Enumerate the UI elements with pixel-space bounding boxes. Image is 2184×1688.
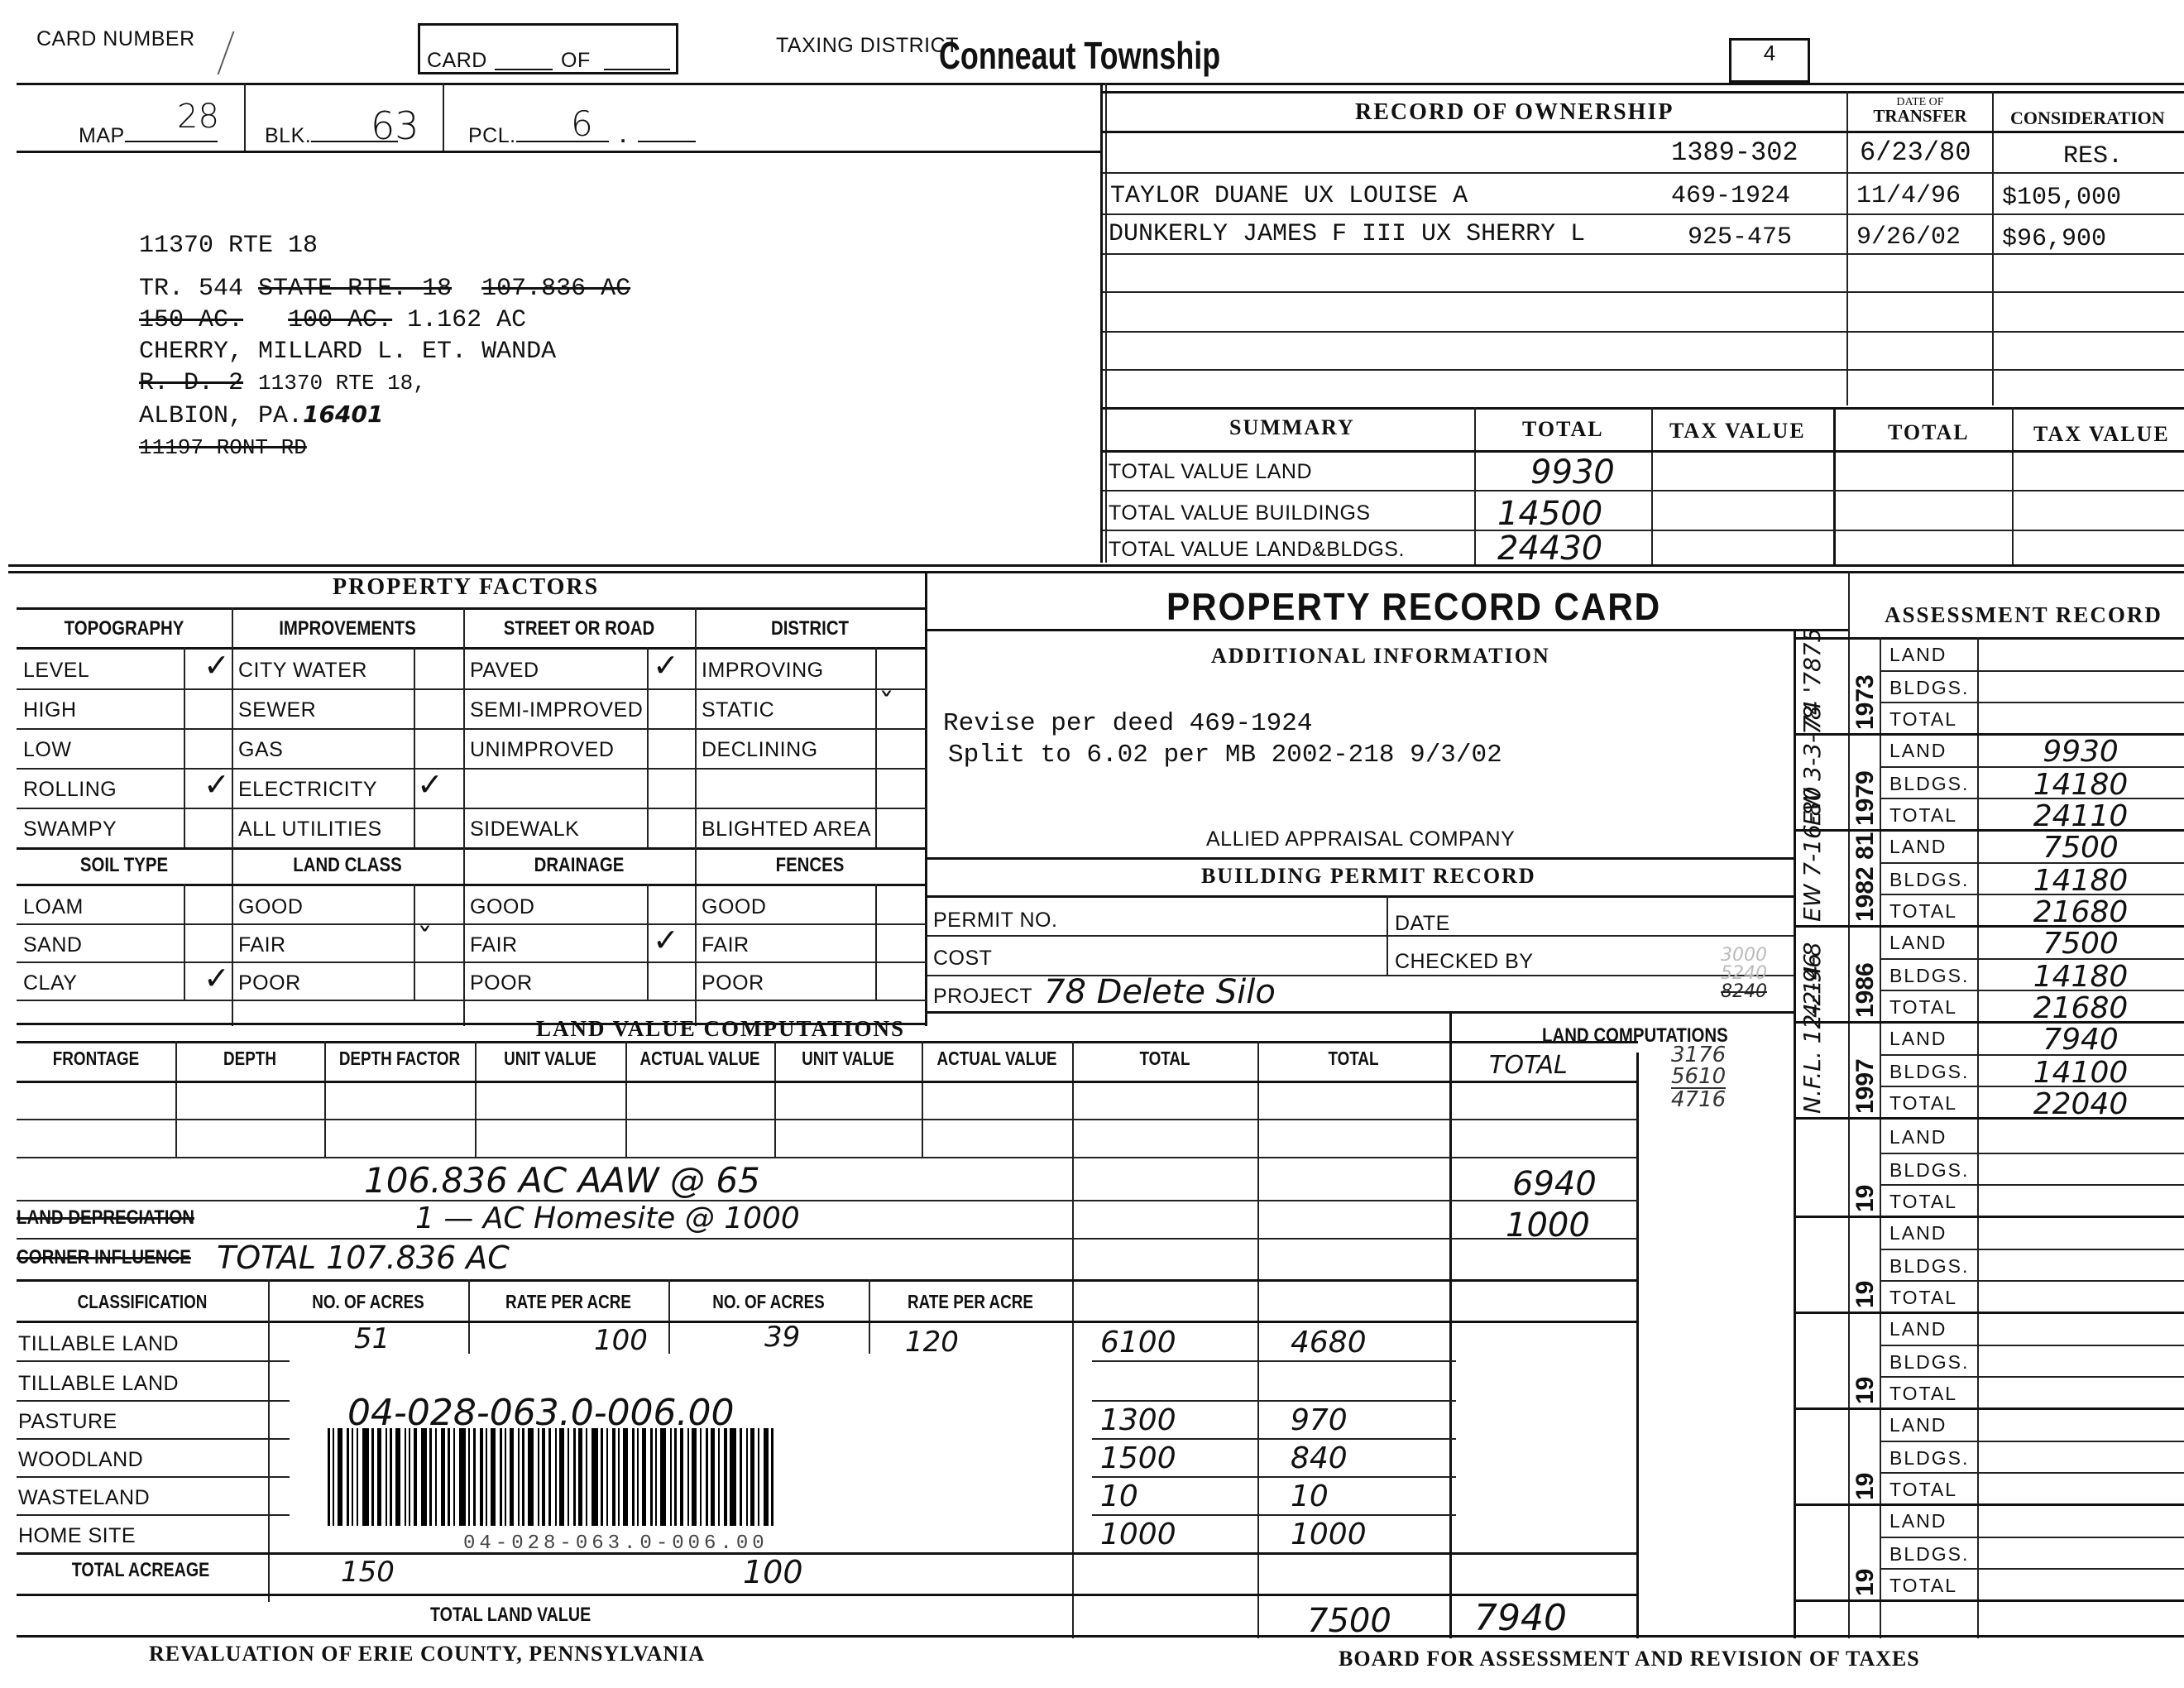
- assessment-year: 19: [1851, 1123, 1880, 1212]
- checked-by-label: CHECKED BY: [1395, 950, 1534, 974]
- city-state: ALBION, PA.: [139, 402, 303, 430]
- factor-checkbox[interactable]: ✓: [204, 960, 230, 996]
- divider: [1833, 407, 1836, 566]
- land-value-column-header: ACTUAL VALUE: [639, 1048, 761, 1070]
- assessment-row-label: TOTAL: [1889, 1479, 1957, 1501]
- divider: [927, 1011, 1795, 1014]
- permit-no-label: PERMIT NO.: [933, 909, 1057, 933]
- divider: [1092, 1400, 1456, 1402]
- card-number-label: CARD NUMBER: [36, 28, 144, 50]
- ownership-title: RECORD OF OWNERSHIP: [1355, 99, 1674, 126]
- tillable-rate-2: 120: [905, 1326, 959, 1359]
- divider: [443, 83, 444, 151]
- card-of-of-label: OF: [561, 49, 591, 73]
- divider: [17, 1321, 1638, 1323]
- property-record-card-title: PROPERTY RECORD CARD: [1166, 584, 1661, 629]
- factor-checkbox[interactable]: ✓: [204, 647, 230, 683]
- land-calc-value-1: 6940: [1512, 1165, 1597, 1203]
- divider: [1103, 213, 2184, 215]
- classification-total-2: 840: [1291, 1441, 1348, 1475]
- summary-land-total: 9930: [1530, 453, 1615, 492]
- additional-info-body: Revise per deed 469-1924 Split to 6.02 p…: [943, 708, 1502, 771]
- assessment-bldgs-value: 14180: [1994, 960, 2167, 994]
- assessment-row-label: BLDGS.: [1889, 1351, 1969, 1374]
- factor-checkbox[interactable]: ˇ: [417, 922, 433, 958]
- divider: [1794, 629, 1796, 1638]
- assessment-bldgs-value: 14100: [1994, 1056, 2167, 1090]
- printed-parcel-id: 04-028-063.0-006.00: [463, 1532, 769, 1555]
- divider: [17, 1594, 1638, 1596]
- assessment-row-label: BLDGS.: [1889, 1255, 1969, 1278]
- divider: [17, 1157, 1638, 1158]
- factor-header: LAND CLASS: [249, 854, 446, 877]
- divider: [1795, 1599, 2184, 1602]
- assessment-row-label: BLDGS.: [1889, 773, 1969, 795]
- map-label-text: MAP: [79, 124, 125, 147]
- deed-book-page: 925-475: [1688, 223, 1792, 252]
- transfer-label: TRANSFER: [1853, 109, 1987, 122]
- assessment-row-label: TOTAL: [1889, 1287, 1957, 1309]
- assessment-year: 19: [1851, 1507, 1880, 1596]
- land-calc-line-2: 1 — AC Homesite @ 1000: [415, 1201, 800, 1235]
- factor-option: CLAY: [23, 971, 77, 995]
- divider: [17, 1081, 1638, 1083]
- factor-option: GOOD: [238, 895, 303, 919]
- assessment-row-label: LAND: [1889, 932, 1947, 954]
- assessment-bldgs-value: 14180: [1994, 768, 2167, 802]
- assessment-year: 1979: [1851, 736, 1880, 826]
- land-value-column-header: DEPTH FACTOR: [338, 1048, 461, 1070]
- owner-address-block: 11370 RTE 18 TR. 544 STATE RTE. 18 107.8…: [139, 230, 630, 463]
- divider: [1880, 1472, 2184, 1474]
- consideration-header: CONSIDERATION: [2010, 108, 2165, 129]
- classification-column-header: NO. OF ACRES: [687, 1291, 850, 1313]
- divider: [17, 1438, 290, 1440]
- classification-total-1: 1000: [1100, 1518, 1176, 1551]
- divider: [1846, 91, 1848, 405]
- factor-option: IMPROVING: [702, 659, 824, 683]
- divider: [175, 1041, 177, 1157]
- deed-book-page: 469-1924: [1671, 182, 1790, 210]
- factor-option: SWAMPY: [23, 818, 117, 842]
- tract-line: TR. 544 STATE RTE. 18 107.836 AC: [139, 273, 630, 305]
- divider: [17, 607, 927, 610]
- assessment-total-value: 21680: [1994, 991, 2167, 1025]
- corner-box-value: 4: [1764, 41, 1775, 65]
- factor-option: LOAM: [23, 895, 84, 919]
- land-calc-line-1: 106.836 AC AAW @ 65: [364, 1160, 760, 1201]
- factor-checkbox[interactable]: ✓: [653, 922, 679, 958]
- assessment-row-label: BLDGS.: [1889, 677, 1969, 699]
- land-value-column-header: ACTUAL VALUE: [935, 1048, 1058, 1070]
- factor-option: SAND: [23, 933, 82, 957]
- transfer-date: 6/23/80: [1860, 137, 1971, 168]
- classification-column-header: NO. OF ACRES: [286, 1291, 450, 1313]
- factor-option: FAIR: [238, 933, 286, 957]
- divider: [668, 1279, 670, 1354]
- divider: [17, 768, 927, 770]
- assessment-year: 1986: [1851, 928, 1880, 1018]
- divider: [1880, 1537, 2184, 1538]
- divider: [17, 1041, 1638, 1043]
- assessment-row-label: LAND: [1889, 1222, 1947, 1244]
- consideration-value: RES.: [2063, 142, 2123, 170]
- card-of-box: CARD OF: [418, 23, 678, 74]
- classification-total-1: 1300: [1100, 1403, 1176, 1437]
- assessment-row-label: BLDGS.: [1889, 1447, 1969, 1470]
- divider: [184, 884, 185, 1000]
- factor-option: SEMI-IMPROVED: [470, 698, 643, 722]
- divider: [1880, 1249, 2184, 1250]
- summary-land-bldgs-label: TOTAL VALUE LAND&BLDGS.: [1109, 538, 1405, 562]
- factor-option: DECLINING: [702, 738, 818, 762]
- total-land-value-3: 7940: [1474, 1597, 1567, 1639]
- divider: [875, 647, 877, 847]
- land-calc-line-3: TOTAL 107.836 AC: [217, 1240, 510, 1276]
- total-acreage-1: 150: [341, 1556, 395, 1589]
- assessment-row-label: LAND: [1889, 740, 1947, 762]
- mailing-street: 11370 RTE 18,: [258, 371, 426, 396]
- assessment-land-value: 7940: [1994, 1023, 2167, 1057]
- appraiser-name: ALLIED APPRAISAL COMPANY: [1206, 827, 1515, 851]
- divider: [1880, 637, 1881, 1638]
- divider: [927, 857, 1795, 860]
- factor-checkbox[interactable]: ˇ: [879, 687, 894, 723]
- divider: [1092, 1438, 1456, 1440]
- summary-tax-value-header: TAX VALUE: [1669, 419, 1806, 444]
- classification-total-2: 1000: [1291, 1518, 1367, 1551]
- divider: [17, 1635, 2184, 1638]
- land-value-column-header: TOTAL: [1089, 1048, 1241, 1070]
- total-land-value-label: TOTAL LAND VALUE: [430, 1604, 591, 1627]
- total-acreage-label: TOTAL ACREAGE: [39, 1559, 242, 1582]
- mailing-line: R. D. 2 11370 RTE 18,: [139, 367, 630, 399]
- transfer-date: 9/26/02: [1856, 223, 1961, 252]
- divider: [463, 607, 465, 1026]
- additional-info-title: ADDITIONAL INFORMATION: [1211, 644, 1550, 669]
- divider: [17, 961, 927, 963]
- assessment-row-label: LAND: [1889, 1414, 1947, 1436]
- classification-row-label: TILLABLE LAND: [18, 1372, 179, 1396]
- side-calculation: 3176 5610 4716: [1671, 1044, 1726, 1110]
- card-of-card-label: CARD: [427, 49, 487, 73]
- divider: [1092, 1514, 1456, 1516]
- additional-info-line: Split to 6.02 per MB 2002-218 9/3/02: [948, 740, 1502, 771]
- divider: [695, 607, 697, 1026]
- tract-number: TR. 544: [139, 275, 243, 303]
- factor-option: POOR: [238, 971, 301, 995]
- assessment-row-label: BLDGS.: [1889, 965, 1969, 987]
- divider: [869, 1279, 870, 1354]
- cost-label: COST: [933, 947, 992, 971]
- of-blank: [604, 69, 670, 70]
- card-number-label-text: CARD NUMBER: [36, 27, 195, 50]
- divider: [1795, 1117, 2184, 1120]
- factor-checkbox[interactable]: ✓: [417, 766, 443, 803]
- divider: [232, 607, 233, 1026]
- factor-option: HIGH: [23, 698, 77, 722]
- assessment-row-label: TOTAL: [1889, 1092, 1957, 1115]
- factor-option: PAVED: [470, 659, 539, 683]
- divider: [647, 884, 649, 1000]
- struck-acreage: 107.836 AC: [481, 275, 630, 303]
- assessment-row-label: LAND: [1889, 1028, 1947, 1050]
- struck-rd: R. D. 2: [139, 369, 243, 397]
- factor-option: LOW: [23, 738, 71, 762]
- factor-header: SOIL TYPE: [33, 854, 216, 877]
- struck-old-address: 11197 RONT RD: [139, 432, 630, 463]
- divider: [774, 1041, 776, 1157]
- divider: [1880, 1441, 2184, 1442]
- factor-header: STREET OR ROAD: [481, 617, 678, 640]
- divider: [1651, 407, 1653, 566]
- blk-label-text: BLK.: [265, 124, 311, 147]
- factor-option: FAIR: [702, 933, 750, 957]
- assessment-year: 1982 81: [1851, 832, 1880, 922]
- factor-option: GOOD: [702, 895, 766, 919]
- taxing-district-label: TAXING DISTRICT: [776, 35, 875, 56]
- divider: [414, 647, 415, 847]
- assessment-row-label: LAND: [1889, 1510, 1947, 1532]
- land-value-column-header: FRONTAGE: [31, 1048, 160, 1070]
- zip-code: 16401: [303, 400, 383, 428]
- tillable-acres-1: 51: [354, 1322, 390, 1355]
- divider: [922, 1041, 923, 1157]
- divider: [17, 1279, 1638, 1282]
- divider: [1795, 1503, 2184, 1506]
- taxing-district-value: Conneaut Township: [939, 33, 1220, 78]
- current-acreage: 1.162 AC: [407, 306, 526, 334]
- divider: [17, 1360, 290, 1362]
- divider: [1795, 1216, 2184, 1218]
- divider: [17, 1200, 1638, 1201]
- side-calc-value: 3176: [1671, 1044, 1726, 1066]
- classification-row-label: WASTELAND: [18, 1486, 150, 1510]
- assessment-land-value: 7500: [1994, 927, 2167, 961]
- divider: [17, 884, 927, 886]
- factor-option: FAIR: [470, 933, 518, 957]
- date-of-transfer-header: DATE OF TRANSFER: [1853, 96, 1987, 122]
- margin-note: 8240: [1721, 983, 1767, 1001]
- assessment-year: 19: [1851, 1219, 1880, 1308]
- divider: [1795, 1407, 2184, 1410]
- classification-total-2: 10: [1291, 1479, 1329, 1513]
- factor-header: FENCES: [712, 854, 908, 877]
- deed-book-page: 1389-302: [1671, 137, 1798, 168]
- owner-name-row: DUNKERLY JAMES F III UX SHERRY L: [1109, 220, 1585, 248]
- additional-info-line: Revise per deed 469-1924: [943, 708, 1502, 740]
- assessment-bldgs-value: 14180: [1994, 864, 2167, 898]
- assessment-total-value: 24110: [1994, 799, 2167, 833]
- struck-corner-influence: CORNER INFLUENCE: [17, 1246, 191, 1269]
- divider: [17, 151, 1100, 153]
- divider: [1103, 172, 2184, 174]
- divider: [17, 688, 927, 690]
- divider: [1103, 450, 2184, 453]
- divider: [625, 1041, 627, 1157]
- divider: [17, 1514, 290, 1516]
- factor-option: CITY WATER: [238, 659, 367, 683]
- divider: [1848, 571, 1850, 1638]
- divider: [1795, 1312, 2184, 1314]
- factor-option: POOR: [702, 971, 764, 995]
- classification-total-1: 6100: [1100, 1326, 1176, 1360]
- classification-column-header: RATE PER ACRE: [486, 1291, 650, 1313]
- consideration-value: $105,000: [2002, 184, 2121, 212]
- divider: [1449, 1013, 1452, 1638]
- assessment-row-label: BLDGS.: [1889, 1061, 1969, 1083]
- card-number-mark: [218, 31, 265, 74]
- land-value-column-header: TOTAL: [1275, 1048, 1432, 1070]
- divider: [8, 564, 2184, 567]
- divider: [1795, 637, 2184, 640]
- summary-land-label: TOTAL VALUE LAND: [1109, 460, 1312, 484]
- factor-option: SEWER: [238, 698, 316, 722]
- divider: [17, 808, 927, 809]
- factor-option: STATIC: [702, 698, 774, 722]
- factor-header: IMPROVEMENTS: [249, 617, 446, 640]
- assessment-year: 1997: [1851, 1024, 1880, 1114]
- classification-total-1: 10: [1100, 1479, 1138, 1513]
- summary-tax-value2-header: TAX VALUE: [2033, 422, 2170, 447]
- summary-header: SUMMARY: [1229, 415, 1355, 440]
- struck-land-depreciation: LAND DEPRECIATION: [17, 1206, 194, 1230]
- factor-option: ELECTRICITY: [238, 778, 377, 802]
- corner-box: 4: [1729, 38, 1810, 83]
- divider: [17, 923, 927, 925]
- assessment-row-label: TOTAL: [1889, 1575, 1957, 1597]
- divider: [17, 1119, 1638, 1120]
- side-calc-value: 5610: [1671, 1066, 1726, 1087]
- factor-option: GAS: [238, 738, 283, 762]
- assessment-record-title: ASSESSMENT RECORD: [1885, 602, 2162, 628]
- divider: [925, 571, 927, 1026]
- footer-board: BOARD FOR ASSESSMENT AND REVISION OF TAX…: [1339, 1647, 1920, 1671]
- assessment-row-label: TOTAL: [1889, 996, 1957, 1019]
- summary-total2-header: TOTAL: [1888, 420, 1970, 445]
- property-factors-title: PROPERTY FACTORS: [333, 574, 599, 601]
- land-value-computations-title: LAND VALUE COMPUTATIONS: [536, 1016, 905, 1042]
- transfer-date: 11/4/96: [1856, 182, 1961, 210]
- footer-revaluation: REVALUATION OF ERIE COUNTY, PENNSYLVANIA: [149, 1642, 705, 1666]
- divider: [1880, 1345, 2184, 1346]
- struck-150-ac: 150 AC.: [139, 306, 243, 334]
- property-address: 11370 RTE 18: [139, 230, 630, 261]
- factor-checkbox[interactable]: ✓: [204, 766, 230, 803]
- margin-note: 3000: [1721, 947, 1767, 965]
- divider: [1103, 253, 2184, 255]
- classification-total-2: 4680: [1291, 1326, 1367, 1360]
- tillable-rate-1: 100: [594, 1324, 648, 1357]
- classification-row-label: WOODLAND: [18, 1448, 143, 1472]
- divider: [1103, 331, 2184, 333]
- divider: [1880, 670, 2184, 672]
- assessment-row-label: TOTAL: [1889, 1383, 1957, 1405]
- assessment-total-value: 22040: [1994, 1087, 2167, 1121]
- factor-option: ALL UTILITIES: [238, 818, 382, 842]
- classification-total-2: 970: [1291, 1403, 1348, 1437]
- acreage-line: 150 AC. 100 AC. 1.162 AC: [139, 305, 630, 336]
- project-value: 78 Delete Silo: [1044, 973, 1276, 1011]
- divider: [1880, 1184, 2184, 1186]
- divider: [17, 847, 927, 850]
- classification-row-label: HOME SITE: [18, 1524, 136, 1548]
- divider: [244, 83, 246, 151]
- factor-option: UNIMPROVED: [470, 738, 614, 762]
- classification-column-header: RATE PER ACRE: [887, 1291, 1054, 1313]
- pcl-label-text: PCL.: [468, 124, 516, 147]
- divider: [1103, 530, 2184, 531]
- assessment-row-label: LAND: [1889, 1126, 1947, 1149]
- permit-margin-calc: 3000 5240 8240: [1721, 947, 1767, 1001]
- project-label: PROJECT: [933, 985, 1032, 1009]
- divider: [1257, 1041, 1259, 1638]
- classification-column-header: CLASSIFICATION: [39, 1291, 245, 1313]
- divider: [927, 629, 1850, 631]
- handwritten-total-label: TOTAL: [1489, 1051, 1568, 1080]
- divider: [927, 935, 1795, 937]
- land-calc-value-2: 1000: [1506, 1206, 1590, 1244]
- factor-option: GOOD: [470, 895, 534, 919]
- assessment-row-label: LAND: [1889, 836, 1947, 858]
- summary-land-bldgs-total: 24430: [1497, 530, 1602, 568]
- divider: [17, 728, 927, 730]
- divider: [2012, 407, 2014, 566]
- divider: [927, 895, 1795, 898]
- assessment-year: 19: [1851, 1315, 1880, 1404]
- classification-row-label: PASTURE: [18, 1410, 117, 1434]
- parcel-barcode: [328, 1428, 998, 1526]
- map-value: 28: [177, 98, 219, 136]
- divider: [647, 647, 649, 847]
- divider: [17, 1552, 1638, 1555]
- struck-100-ac: 100 AC.: [288, 306, 392, 334]
- side-calc-value: 4716: [1671, 1087, 1726, 1110]
- assessment-year: 19: [1851, 1411, 1880, 1500]
- divider: [1992, 91, 1994, 405]
- consideration-value: $96,900: [2002, 225, 2106, 253]
- card-blank: [495, 69, 553, 70]
- factor-header: TOPOGRAPHY: [33, 617, 216, 640]
- assessment-row-label: TOTAL: [1889, 804, 1957, 827]
- factor-header: DISTRICT: [712, 617, 908, 640]
- assessment-land-value: 9930: [1994, 735, 2167, 769]
- permit-date-label: DATE: [1395, 912, 1450, 936]
- margin-note: 5240: [1721, 965, 1767, 983]
- pcl-value: 6: [571, 103, 593, 144]
- assessment-row-label: BLDGS.: [1889, 1159, 1969, 1182]
- factor-option: SIDEWALK: [470, 818, 579, 842]
- land-value-column-header: UNIT VALUE: [788, 1048, 908, 1070]
- divider: [468, 1279, 470, 1354]
- divider: [17, 1000, 927, 1001]
- assessment-row-label: LAND: [1889, 644, 1947, 666]
- city-line: ALBION, PA.16401: [139, 399, 630, 432]
- assessment-row-label: TOTAL: [1889, 900, 1957, 923]
- divider: [1636, 1053, 1639, 1638]
- divider: [1092, 1476, 1456, 1478]
- factor-checkbox[interactable]: ✓: [653, 647, 679, 683]
- struck-state-rte: STATE RTE. 18: [258, 275, 452, 303]
- assessment-row-label: TOTAL: [1889, 708, 1957, 731]
- assessment-side-note: N.F.L. 12-2-96: [1798, 1024, 1826, 1114]
- divider: [17, 1476, 290, 1478]
- total-acreage-2: 100: [743, 1554, 803, 1590]
- assessment-total-value: 21680: [1994, 895, 2167, 929]
- assessment-land-value: 7500: [1994, 831, 2167, 865]
- owner-name-row: TAYLOR DUANE UX LOUISE A: [1110, 182, 1468, 210]
- factor-option: POOR: [470, 971, 533, 995]
